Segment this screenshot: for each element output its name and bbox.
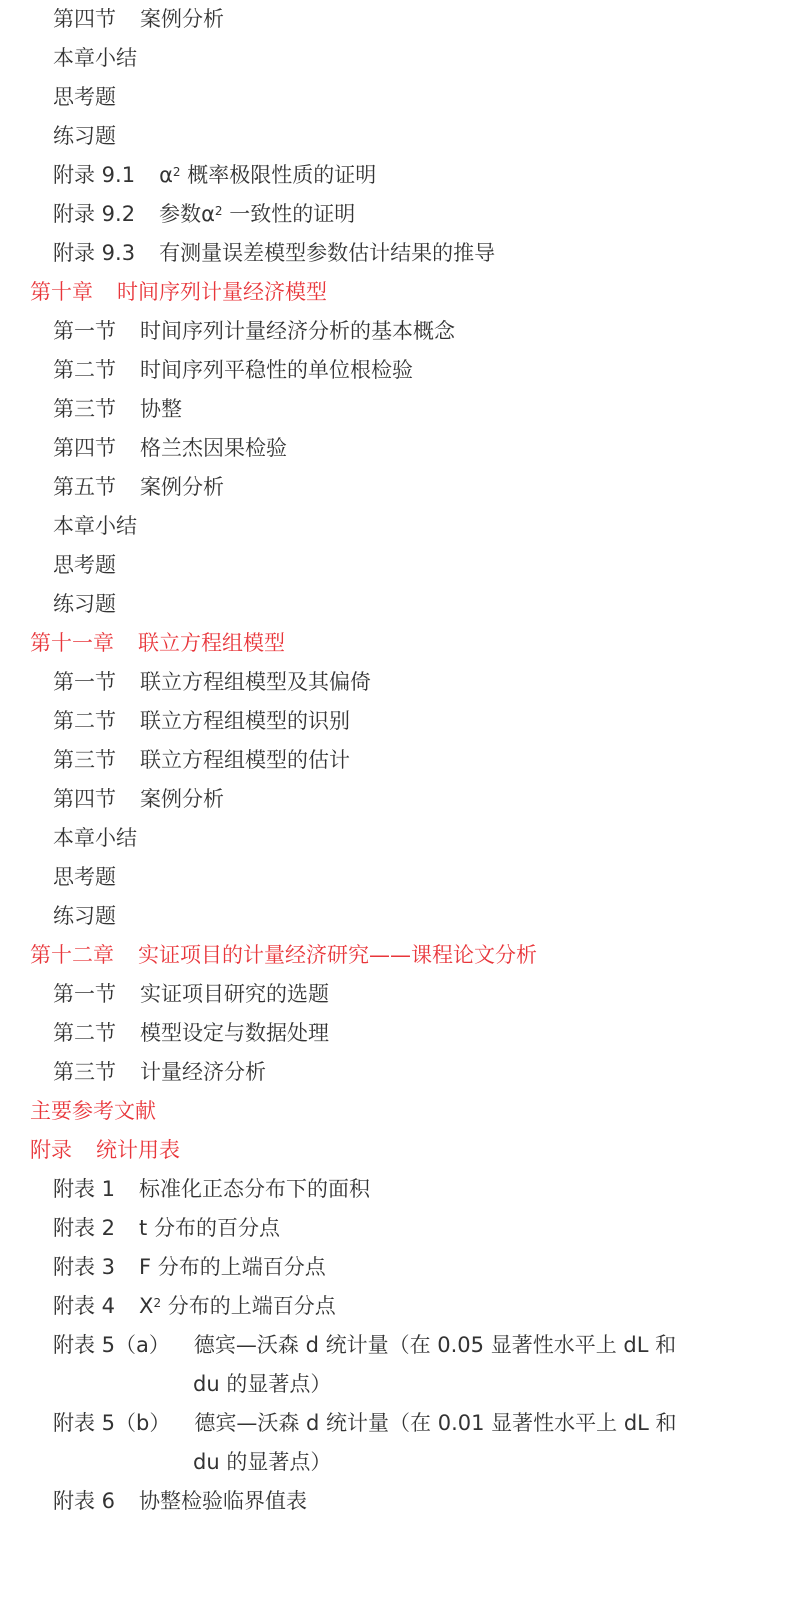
toc-entry[interactable]: 附表 6协整检验临界值表 [53,1486,307,1516]
entry-title: 分布的上端百分点 [161,1294,336,1318]
entry-title: 本章小结 [53,514,137,538]
toc-entry[interactable]: 本章小结 [53,823,137,853]
entry-title: 时间序列平稳性的单位根检验 [140,358,413,382]
entry-title: 思考题 [53,865,116,889]
entry-title: 概率极限性质的证明 [181,163,377,187]
entry-title: 联立方程组模型的估计 [140,748,350,772]
toc-appendix[interactable]: 附录统计用表 [30,1135,180,1165]
entry-title-pre: α [159,163,173,187]
toc-entry-continued[interactable]: du 的显著点） [193,1447,331,1477]
entry-title: 练习题 [53,904,116,928]
entry-title: 一致性的证明 [223,202,356,226]
entry-number: 第四节 [53,7,116,31]
entry-title: t 分布的百分点 [139,1216,280,1240]
toc-chapter-10[interactable]: 第十章时间序列计量经济模型 [30,277,327,307]
toc-entry[interactable]: 第二节模型设定与数据处理 [53,1018,329,1048]
entry-title: 联立方程组模型及其偏倚 [140,670,371,694]
entry-title-pre: X [139,1294,153,1318]
chapter-title: 联立方程组模型 [138,631,285,655]
toc-entry[interactable]: 练习题 [53,589,116,619]
toc-entry[interactable]: 思考题 [53,82,116,112]
chapter-title: 时间序列计量经济模型 [117,280,327,304]
toc-entry[interactable]: 第三节计量经济分析 [53,1057,266,1087]
entry-title: 联立方程组模型的识别 [140,709,350,733]
chapter-number: 第十一章 [30,631,114,655]
toc-entry[interactable]: 附录 9.3有测量误差模型参数估计结果的推导 [53,238,495,268]
toc-chapter-11[interactable]: 第十一章联立方程组模型 [30,628,285,658]
chapter-number: 附录 [30,1138,72,1162]
toc-entry[interactable]: 第五节案例分析 [53,472,224,502]
toc-entry[interactable]: 第四节案例分析 [53,4,224,34]
entry-title-continued: du 的显著点） [193,1372,331,1396]
toc-entry[interactable]: 附录 9.2参数α2 一致性的证明 [53,199,355,229]
toc-entry[interactable]: 练习题 [53,121,116,151]
chapter-title: 主要参考文献 [30,1099,156,1123]
superscript: 2 [215,204,223,218]
entry-number: 第三节 [53,1060,116,1084]
toc-entry[interactable]: 附表 5（b）德宾—沃森 d 统计量（在 0.01 显著性水平上 dL 和 [53,1408,677,1438]
entry-title: 练习题 [53,592,116,616]
entry-number: 附表 2 [53,1216,115,1240]
entry-number: 附录 9.3 [53,241,135,265]
toc-entry[interactable]: 附表 4X2 分布的上端百分点 [53,1291,336,1321]
entry-title: 德宾—沃森 d 统计量（在 0.05 显著性水平上 dL 和 [194,1333,676,1357]
toc-entry[interactable]: 第二节时间序列平稳性的单位根检验 [53,355,413,385]
toc-entry[interactable]: 第一节联立方程组模型及其偏倚 [53,667,371,697]
toc-entry[interactable]: 第三节协整 [53,394,182,424]
entry-title: 本章小结 [53,46,137,70]
entry-number: 附录 9.2 [53,202,135,226]
entry-number: 第三节 [53,397,116,421]
entry-number: 附表 6 [53,1489,115,1513]
toc-entry[interactable]: 第四节案例分析 [53,784,224,814]
chapter-number: 第十章 [30,280,93,304]
toc-chapter-12[interactable]: 第十二章实证项目的计量经济研究——课程论文分析 [30,940,537,970]
toc-entry[interactable]: 第二节联立方程组模型的识别 [53,706,350,736]
entry-title: 思考题 [53,553,116,577]
entry-title: 练习题 [53,124,116,148]
entry-title-continued: du 的显著点） [193,1450,331,1474]
entry-title: 有测量误差模型参数估计结果的推导 [159,241,495,265]
toc-references[interactable]: 主要参考文献 [30,1096,156,1126]
entry-title: 时间序列计量经济分析的基本概念 [140,319,455,343]
chapter-title: 实证项目的计量经济研究——课程论文分析 [138,943,537,967]
entry-number: 附表 3 [53,1255,115,1279]
entry-number: 附表 5（a） [53,1333,170,1357]
entry-title: 案例分析 [140,787,224,811]
entry-number: 附表 1 [53,1177,115,1201]
entry-title: 思考题 [53,85,116,109]
superscript: 2 [153,1296,161,1310]
toc-entry[interactable]: 附表 3F 分布的上端百分点 [53,1252,326,1282]
entry-number: 第一节 [53,982,116,1006]
entry-number: 第一节 [53,670,116,694]
entry-number: 第三节 [53,748,116,772]
entry-number: 第二节 [53,709,116,733]
entry-number: 第二节 [53,358,116,382]
entry-number: 第四节 [53,787,116,811]
entry-number: 第一节 [53,319,116,343]
superscript: 2 [173,165,181,179]
entry-number: 第二节 [53,1021,116,1045]
entry-title: 格兰杰因果检验 [140,436,287,460]
entry-title: 标准化正态分布下的面积 [139,1177,370,1201]
toc-entry[interactable]: 第三节联立方程组模型的估计 [53,745,350,775]
entry-title: 计量经济分析 [140,1060,266,1084]
toc-entry[interactable]: 练习题 [53,901,116,931]
chapter-title: 统计用表 [96,1138,180,1162]
entry-title: 德宾—沃森 d 统计量（在 0.01 显著性水平上 dL 和 [194,1411,676,1435]
chapter-number: 第十二章 [30,943,114,967]
entry-title: 实证项目研究的选题 [140,982,329,1006]
toc-entry[interactable]: 附表 5（a）德宾—沃森 d 统计量（在 0.05 显著性水平上 dL 和 [53,1330,676,1360]
entry-title: 模型设定与数据处理 [140,1021,329,1045]
entry-number: 第四节 [53,436,116,460]
entry-title-pre: 参数α [159,202,215,226]
toc-entry[interactable]: 思考题 [53,862,116,892]
toc-entry[interactable]: 附录 9.1α2 概率极限性质的证明 [53,160,376,190]
entry-title: 案例分析 [140,7,224,31]
toc-entry[interactable]: 思考题 [53,550,116,580]
entry-title: 本章小结 [53,826,137,850]
toc-entry[interactable]: 附表 2t 分布的百分点 [53,1213,280,1243]
entry-number: 附表 4 [53,1294,115,1318]
toc-entry[interactable]: 第一节实证项目研究的选题 [53,979,329,1009]
toc-entry[interactable]: 第四节格兰杰因果检验 [53,433,287,463]
entry-number: 附表 5（b） [53,1411,170,1435]
toc-entry[interactable]: 本章小结 [53,43,137,73]
entry-title: 案例分析 [140,475,224,499]
toc-entry-continued[interactable]: du 的显著点） [193,1369,331,1399]
toc-entry[interactable]: 本章小结 [53,511,137,541]
toc-entry[interactable]: 附表 1标准化正态分布下的面积 [53,1174,370,1204]
toc-entry[interactable]: 第一节时间序列计量经济分析的基本概念 [53,316,455,346]
entry-title: 协整检验临界值表 [139,1489,307,1513]
entry-number: 第五节 [53,475,116,499]
entry-title: 协整 [140,397,182,421]
entry-title: F 分布的上端百分点 [139,1255,326,1279]
entry-number: 附录 9.1 [53,163,135,187]
